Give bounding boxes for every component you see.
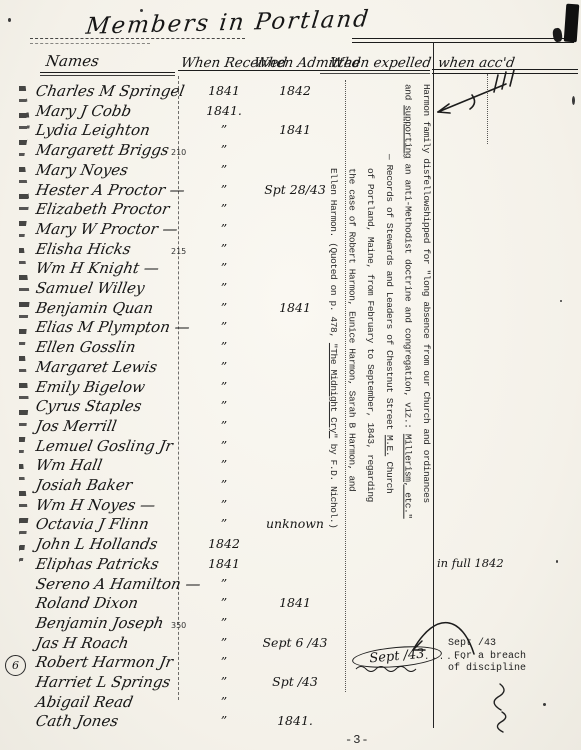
name-cell: Elias M Plympton —	[34, 318, 191, 336]
admitted-cell: 1841	[253, 595, 337, 610]
received-cell: ”	[192, 595, 256, 610]
photocopy-speck	[140, 9, 143, 12]
name-cell: Eliphas Patricks	[34, 555, 160, 573]
annotation-underlined-text: supporting	[402, 105, 413, 158]
name-cell: Mary Noyes	[34, 161, 129, 179]
table-row: Harriet L Springs”Spt /43	[0, 673, 581, 693]
annotation-underlined-text: "The Midnight Cry"	[328, 343, 339, 438]
names-underline-2	[40, 75, 175, 76]
name-cell: Elizabeth Proctor	[34, 200, 170, 218]
table-row: Cath Jones”1841.	[0, 712, 581, 732]
name-cell: Abigail Read	[34, 693, 134, 711]
annotation-line: and supporting an anti-Methodist doctrin…	[395, 84, 414, 554]
received-cell: ”	[192, 280, 256, 295]
annotation-line: the case of Robert Harmon, Eunice Harmon…	[339, 84, 358, 554]
title-rule-left-2	[30, 43, 150, 44]
received-cell: ”	[192, 300, 256, 315]
acc-underline-1	[432, 69, 578, 70]
table-row: Wm Hall”	[0, 456, 581, 476]
received-cell: ”	[192, 339, 256, 354]
annotation-underlined-text: M.E.	[384, 435, 395, 456]
photocopy-speck	[572, 96, 575, 105]
table-row: Benjamin Quan”1841	[0, 299, 581, 319]
name-cell: Jas H Roach	[34, 634, 130, 652]
annotation-text: by F.D. Nichol.)	[328, 438, 339, 528]
received-cell: 1841.	[192, 103, 256, 118]
received-cell: ”	[192, 359, 256, 374]
received-cell: ”	[192, 654, 256, 669]
table-row: Emily Bigelow”	[0, 378, 581, 398]
photocopy-speck	[8, 18, 11, 22]
name-cell: Margarett Briggs	[34, 141, 170, 159]
received-cell: ”	[192, 615, 256, 630]
name-cell: Wm H Knight —	[34, 259, 160, 277]
table-row: Josiah Baker”	[0, 476, 581, 496]
received-cell: ”	[192, 497, 256, 512]
dot-leader: ......	[424, 652, 468, 662]
received-cell: ”	[192, 398, 256, 413]
table-row: John L Hollands1842	[0, 535, 581, 555]
annotation-line: Harmon family disfellowshipped for "long…	[413, 84, 432, 554]
annotation-text: — Records of Stewards and Leaders of Che…	[384, 154, 395, 435]
received-cell: ”	[192, 418, 256, 433]
title-rule-left	[30, 38, 245, 39]
photocopy-speck	[543, 703, 546, 706]
name-cell: Sereno A Hamilton —	[34, 575, 202, 593]
name-cell: Elisha Hicks	[34, 240, 132, 258]
name-cell: Benjamin Quan	[34, 299, 154, 317]
name-cell: John L Hollands	[34, 535, 159, 553]
name-cell: Roland Dixon	[34, 594, 139, 612]
table-row: Eliphas Patricks1841in full 1842	[0, 555, 581, 575]
table-row: Margaret Lewis”	[0, 358, 581, 378]
table-row: Wm H Knight —”	[0, 259, 581, 279]
page-number: -3-	[345, 733, 370, 747]
name-cell: Mary W Proctor —	[34, 220, 179, 238]
table-row: Sereno A Hamilton —”	[0, 575, 581, 595]
received-cell: ”	[192, 201, 256, 216]
annotation-text: Ellen Harmon. (Quoted on p. 478,	[328, 168, 339, 343]
name-cell: Margaret Lewis	[34, 358, 158, 376]
annotation-block: Harmon family disfellowshipped for "long…	[319, 84, 432, 554]
received-cell: ”	[192, 142, 256, 157]
table-row: Benjamin Joseph350”	[0, 614, 581, 634]
title-rule-right-bottom	[352, 42, 574, 43]
member-number: 215	[171, 247, 186, 256]
photocopy-corner-blob-2	[552, 27, 563, 42]
typed-note-date: Sept /43	[448, 638, 496, 649]
admitted-cell: 1841.	[253, 713, 337, 728]
annotation-line: of Portland, Maine, from February to Sep…	[358, 84, 377, 554]
photocopy-corner-blob	[564, 4, 580, 43]
name-cell: Cath Jones	[34, 712, 119, 730]
table-row: Mary J Cobb1841.	[0, 102, 581, 122]
name-cell: Benjamin Joseph	[34, 614, 165, 632]
name-cell: Wm H Noyes —	[34, 496, 156, 514]
received-cell: ”	[192, 516, 256, 531]
received-cell: ”	[192, 477, 256, 492]
title-rule-right-top	[352, 38, 574, 39]
annotation-text: of Portland, Maine, from February to Sep…	[365, 168, 376, 502]
received-cell: ”	[192, 438, 256, 453]
table-row: Cyrus Staples”	[0, 397, 581, 417]
name-cell: Hester A Proctor —	[34, 181, 186, 199]
header-names: Names	[45, 52, 100, 70]
received-cell: ”	[192, 221, 256, 236]
name-cell: Robert Harmon Jr	[34, 653, 174, 671]
table-row: Roland Dixon”1841	[0, 594, 581, 614]
table-row: Elias M Plympton —”	[0, 318, 581, 338]
typed-note-line3: of discipline	[448, 663, 526, 674]
name-cell: Lydia Leighton	[34, 121, 151, 139]
table-row: Octavia J Flinn”unknown	[0, 515, 581, 535]
table-row: Ellen Gosslin”	[0, 338, 581, 358]
table-row: Charles M Springel18411842	[0, 82, 581, 102]
table-row: Mary W Proctor —”	[0, 220, 581, 240]
table-row: Samuel Willey”	[0, 279, 581, 299]
received-cell: ”	[192, 182, 256, 197]
received-cell: ”	[192, 694, 256, 709]
page-title: Members in Portland	[85, 6, 372, 40]
annotation-line: Ellen Harmon. (Quoted on p. 478, "The Mi…	[320, 84, 339, 554]
table-row: Elizabeth Proctor”	[0, 200, 581, 220]
annotation-text: Church	[384, 456, 395, 493]
header-expelled: When expelled	[329, 55, 432, 71]
received-cell: 1841	[192, 556, 256, 571]
annotation-underlined-text: Millerism, etc."	[402, 434, 413, 519]
name-cell: Jos Merrill	[34, 417, 118, 435]
scanned-ledger-page: Members in Portland Names When Received …	[0, 0, 581, 750]
member-number: 210	[171, 148, 186, 157]
received-cell: ”	[192, 319, 256, 334]
acc-underline-2	[432, 73, 578, 74]
received-cell: ”	[192, 713, 256, 728]
annotation-text: the case of Robert Harmon, Eunice Harmon…	[347, 168, 358, 491]
name-cell: Mary J Cobb	[34, 102, 132, 120]
member-number: 350	[171, 621, 186, 630]
table-row: Hester A Proctor —”Spt 28/43	[0, 181, 581, 201]
name-cell: Cyrus Staples	[34, 397, 143, 415]
name-cell: Wm Hall	[34, 456, 103, 474]
name-cell: Ellen Gosslin	[34, 338, 137, 356]
name-cell: Harriet L Springs	[34, 673, 172, 691]
table-row: Mary Noyes”	[0, 161, 581, 181]
received-cell: ”	[192, 379, 256, 394]
admitted-cell: Sept 6 /43	[253, 635, 337, 650]
header-underline-2	[320, 73, 430, 74]
table-row: Lemuel Gosling Jr”	[0, 437, 581, 457]
photocopy-speck	[560, 300, 562, 302]
names-underline-1	[40, 72, 175, 73]
table-row: Elisha Hicks215”	[0, 240, 581, 260]
margin-circled-number: 6	[5, 655, 26, 676]
received-cell: 1842	[192, 536, 256, 551]
received-cell: ”	[192, 241, 256, 256]
name-cell: Emily Bigelow	[34, 378, 146, 396]
annotation-text: and	[402, 84, 413, 105]
received-cell: ”	[192, 122, 256, 137]
name-cell: Josiah Baker	[34, 476, 133, 494]
annotation-text: an anti-Methodist doctrine and congregat…	[402, 158, 413, 434]
received-cell: ”	[192, 457, 256, 472]
received-cell: ”	[192, 576, 256, 591]
table-row: Abigail Read”	[0, 693, 581, 713]
acc-cell: in full 1842	[437, 556, 533, 570]
received-cell: ”	[192, 635, 256, 650]
annotation-line: — Records of Stewards and Leaders of Che…	[376, 84, 395, 554]
name-cell: Lemuel Gosling Jr	[34, 437, 174, 455]
name-cell: Samuel Willey	[34, 279, 146, 297]
table-row: Jos Merrill”	[0, 417, 581, 437]
photocopy-speck	[556, 560, 558, 563]
table-row: Margarett Briggs210”	[0, 141, 581, 161]
table-row: Wm H Noyes —”	[0, 496, 581, 516]
table-row: Lydia Leighton”1841	[0, 121, 581, 141]
received-cell: 1841	[192, 83, 256, 98]
name-cell: Octavia J Flinn	[34, 515, 150, 533]
name-cell: Charles M Springel	[34, 82, 185, 100]
received-cell: ”	[192, 162, 256, 177]
header-underline	[178, 70, 430, 71]
received-cell: ”	[192, 260, 256, 275]
admitted-cell: Spt /43	[253, 674, 337, 689]
annotation-text: Harmon family disfellowshipped for "long…	[421, 84, 432, 503]
received-cell: ”	[192, 674, 256, 689]
